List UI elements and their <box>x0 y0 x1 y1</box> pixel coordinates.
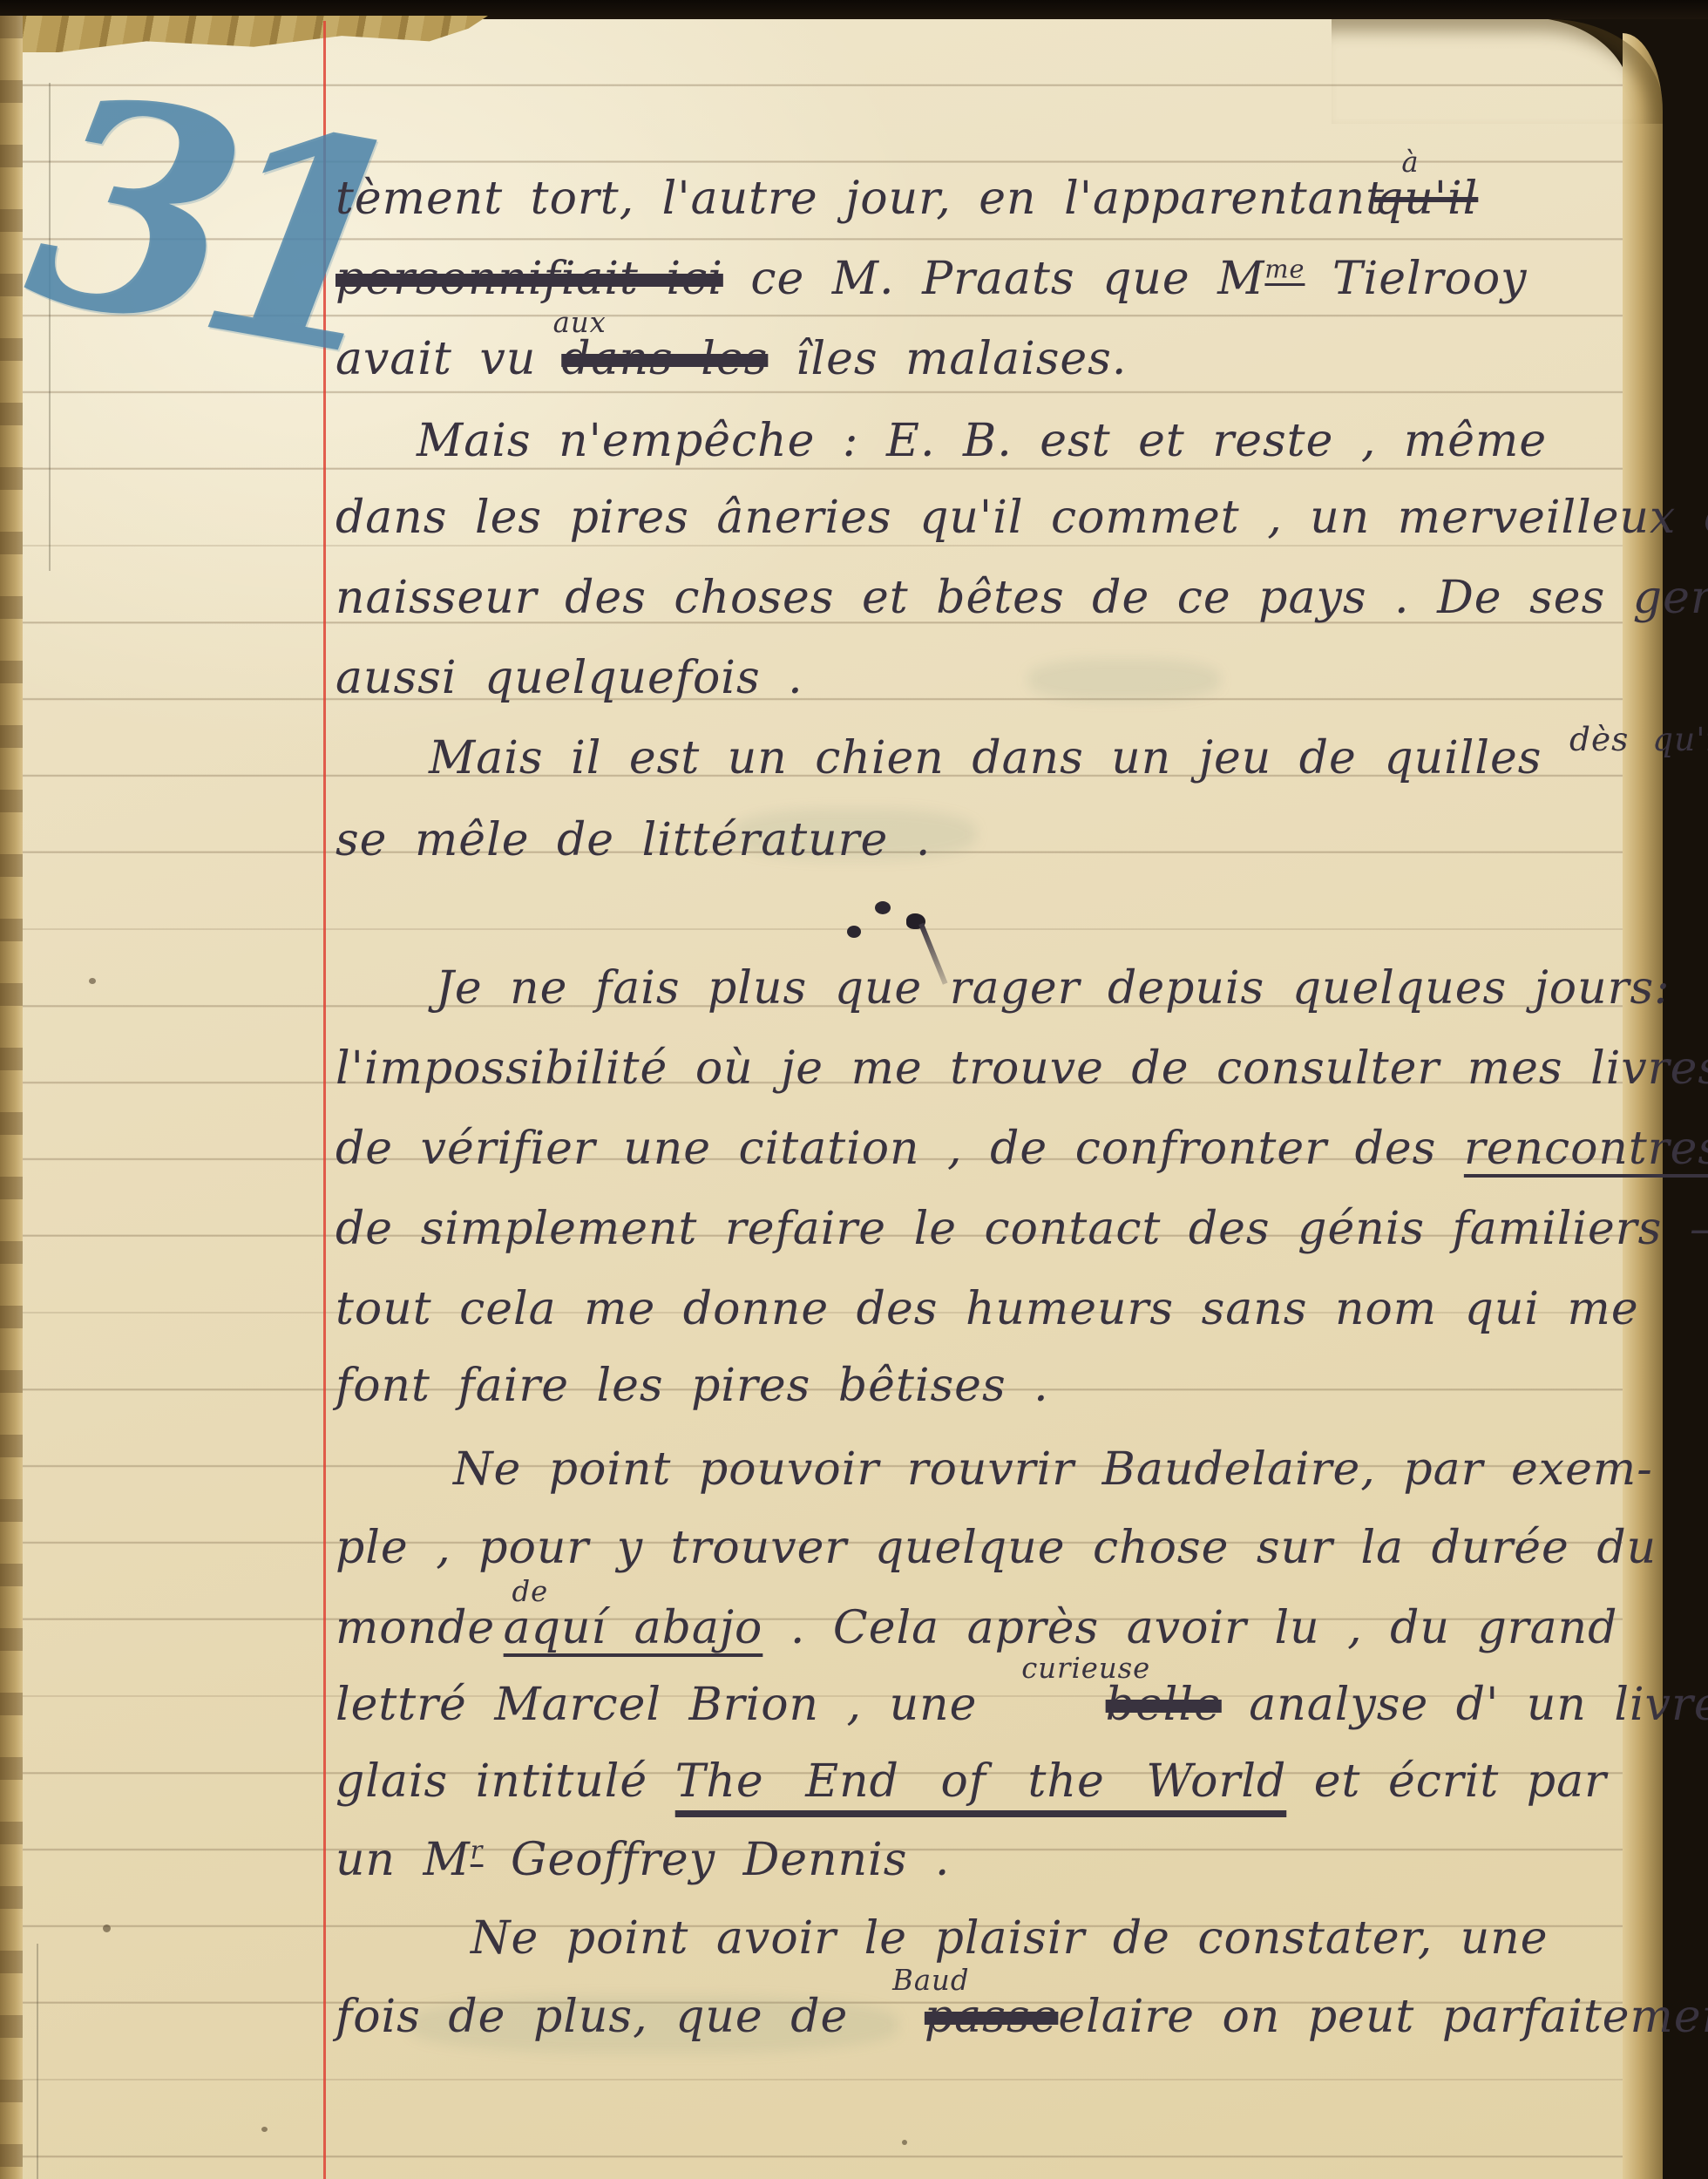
manuscript-line: tout cela me donne des humeurs sans nom … <box>335 1285 1639 1334</box>
manuscript-line: naisseur des choses et bêtes de ce pays … <box>335 574 1708 623</box>
manuscript-segment: lettré Marcel Brion , une <box>335 1679 1005 1731</box>
manuscript-line: Mais il est un chien dans un jeu de quil… <box>429 734 1708 784</box>
manuscript-line: Ne point pouvoir rouvrir Baudelaire, par… <box>453 1445 1653 1495</box>
manuscript-line: de simplement refaire le contact des gén… <box>335 1205 1708 1254</box>
manuscript-line: l'impossibilité où je me trouve de consu… <box>335 1044 1708 1094</box>
manuscript-line: aussi quelquefois . <box>335 654 803 703</box>
manuscript-segment: se mêle de littérature . <box>335 814 931 866</box>
manuscript-segment: avait vu <box>335 333 536 385</box>
manuscript-line: font faire les pires bêtises . <box>335 1361 1049 1411</box>
manuscript-line: glais intitulé The End of the World et é… <box>335 1757 1607 1807</box>
manuscript-segment-above: curieuse <box>1021 1653 1150 1684</box>
notebook-scan: { "page": { "number": "31", "paper_color… <box>0 0 1708 2179</box>
manuscript-segment-u-heavy: The End of the World <box>675 1755 1287 1808</box>
manuscript-segment-heavy: passe <box>925 1991 1058 2043</box>
manuscript-line: fois de plus, que de Baudpasseelaire on … <box>335 1992 1708 2042</box>
manuscript-line: Je ne fais plus que rager depuis quelque… <box>436 964 1671 1014</box>
manuscript-line: de vérifier une citation , de confronter… <box>335 1124 1708 1174</box>
manuscript-segment-heavy: belle <box>1106 1679 1222 1731</box>
manuscript-segment-u: rencontres <box>1464 1123 1708 1175</box>
manuscript-segment: font faire les pires bêtises . <box>335 1360 1049 1412</box>
manuscript-segment: Geoffrey Dennis . <box>483 1834 950 1886</box>
manuscript-segment: monde <box>335 1602 495 1654</box>
manuscript-segment: Mais il est un chien dans un jeu de quil… <box>429 732 1569 784</box>
manuscript-segment: de vérifier une citation , de confronter… <box>335 1123 1464 1175</box>
manuscript-segment-raised: dès qu'il <box>1569 722 1708 757</box>
manuscript-segment-above: Baud <box>892 1965 969 1996</box>
manuscript-segment: un M <box>335 1834 471 1886</box>
manuscript-segment-supu: me <box>1264 255 1305 284</box>
manuscript-text: tèment tort, l'autre jour, en l'apparent… <box>0 0 1708 2179</box>
manuscript-segment: aussi quelquefois . <box>335 652 803 704</box>
manuscript-segment-above: aux <box>553 308 607 338</box>
manuscript-line: ple , pour y trouver quelque chose sur l… <box>335 1524 1657 1573</box>
manuscript-line: lettré Marcel Brion , une curieusebelle … <box>335 1680 1708 1730</box>
manuscript-line: tèment tort, l'autre jour, en l'apparent… <box>335 174 1478 224</box>
manuscript-segment: îles malaises. <box>768 333 1127 385</box>
manuscript-line: Ne point avoir le plaisir de constater, … <box>471 1914 1549 1964</box>
manuscript-segment: Mais n'empêche : E. B. est et reste , mê… <box>417 415 1547 467</box>
manuscript-segment-supu: r <box>471 1836 484 1865</box>
manuscript-segment: tout cela me donne des humeurs sans nom … <box>335 1283 1639 1335</box>
manuscript-line: dans les pires âneries qu'il commet , un… <box>335 493 1708 543</box>
manuscript-segment: . Cela après avoir lu , du grand <box>762 1602 1617 1654</box>
manuscript-segment-heavy: personnifiait ici <box>335 253 723 305</box>
manuscript-segment: dans les pires âneries qu'il commet , un… <box>335 492 1708 544</box>
manuscript-line: avait vuauxdans les îles malaises. <box>335 335 1127 384</box>
manuscript-segment: naisseur des choses et bêtes de ce pays … <box>335 572 1708 624</box>
manuscript-segment: l'impossibilité où je me trouve de consu… <box>335 1042 1708 1095</box>
manuscript-segment-strike: qu'il <box>1374 173 1478 225</box>
manuscript-segment: glais intitulé <box>335 1755 675 1808</box>
manuscript-segment: et écrit par <box>1286 1755 1607 1808</box>
manuscript-segment: fois de plus, que de <box>335 1991 876 2043</box>
manuscript-segment: elaire on peut parfaitement <box>1058 1991 1708 2043</box>
manuscript-segment: Ne point pouvoir rouvrir Baudelaire, par… <box>453 1443 1653 1496</box>
manuscript-segment: ple , pour y trouver quelque chose sur l… <box>335 1522 1657 1574</box>
manuscript-segment: de simplement refaire le contact des gén… <box>335 1203 1708 1255</box>
manuscript-segment: ce M. Praats que M <box>723 253 1265 305</box>
manuscript-segment: analyse d' un livre an- <box>1222 1679 1708 1731</box>
manuscript-line: personnifiait ici ce M. Praats que Mme T… <box>335 255 1528 304</box>
manuscript-line: Mais n'empêche : E. B. est et reste , mê… <box>417 417 1547 466</box>
manuscript-segment-u: aquí abajo <box>504 1602 763 1654</box>
manuscript-line: un Mr Geoffrey Dennis . <box>335 1836 950 1885</box>
manuscript-segment: tèment tort, l'autre jour, en l'apparent… <box>335 173 1385 225</box>
manuscript-segment-heavy: dans les <box>561 333 768 385</box>
manuscript-line: mondedeaquí abajo . Cela après avoir lu … <box>335 1604 1617 1653</box>
manuscript-segment-above: à <box>1401 147 1419 178</box>
manuscript-segment: Je ne fais plus que rager depuis quelque… <box>436 962 1671 1015</box>
manuscript-segment: Tielrooy <box>1305 253 1527 305</box>
manuscript-segment: Ne point avoir le plaisir de constater, … <box>471 1912 1549 1965</box>
manuscript-segment-above: de <box>512 1577 549 1607</box>
manuscript-line: se mêle de littérature . <box>335 816 931 865</box>
